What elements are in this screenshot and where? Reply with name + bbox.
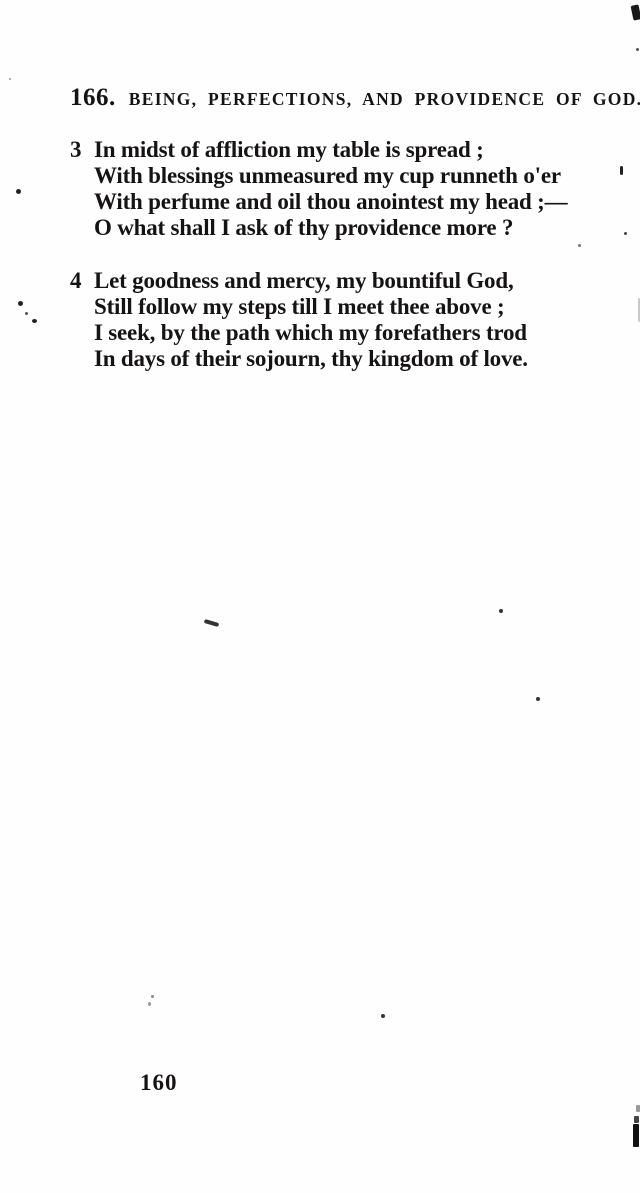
scan-speck <box>536 697 540 701</box>
scan-speck <box>633 1124 639 1147</box>
verse-4-number: 4 <box>70 268 86 372</box>
verse-3-lines: In midst of affliction my table is sprea… <box>94 137 567 241</box>
scan-speck <box>620 166 623 175</box>
scan-speck <box>151 995 154 998</box>
verse-line: With blessings unmeasured my cup runneth… <box>94 163 567 189</box>
scan-speck <box>634 1116 639 1123</box>
scan-speck <box>16 189 21 194</box>
verse-3-number: 3 <box>70 137 86 241</box>
hymn-header: 166. BEING, PERFECTIONS, AND PROVIDENCE … <box>70 84 610 112</box>
scan-speck <box>204 619 220 627</box>
page-number: 160 <box>140 1070 178 1096</box>
verse-3: 3 In midst of affliction my table is spr… <box>70 137 567 241</box>
scan-speck <box>9 78 11 80</box>
scan-speck <box>631 4 640 20</box>
verse-line: Still follow my steps till I meet thee a… <box>94 294 528 320</box>
scan-speck <box>32 319 37 323</box>
scanned-book-page: 166. BEING, PERFECTIONS, AND PROVIDENCE … <box>0 0 640 1193</box>
scan-speck <box>381 1014 385 1018</box>
scan-speck <box>499 609 503 613</box>
verse-line: In midst of affliction my table is sprea… <box>94 137 567 163</box>
verse-line: In days of their sojourn, thy kingdom of… <box>94 346 528 372</box>
hymn-title: BEING, PERFECTIONS, AND PROVIDENCE OF GO… <box>129 89 640 110</box>
scan-speck <box>624 232 627 235</box>
scan-speck <box>148 1002 151 1006</box>
scan-speck <box>18 301 23 306</box>
scan-speck <box>578 244 581 247</box>
scan-speck <box>636 48 639 51</box>
verse-line: Let goodness and mercy, my bountiful God… <box>94 268 528 294</box>
hymn-number: 166. <box>70 84 116 112</box>
scan-speck <box>25 312 28 315</box>
verse-line: O what shall I ask of thy providence mor… <box>94 215 567 241</box>
verse-line: I seek, by the path which my forefathers… <box>94 320 528 346</box>
verse-line: With perfume and oil thou anointest my h… <box>94 189 567 215</box>
scan-speck <box>636 1105 640 1112</box>
verse-4-lines: Let goodness and mercy, my bountiful God… <box>94 268 528 372</box>
verse-4: 4 Let goodness and mercy, my bountiful G… <box>70 268 528 372</box>
